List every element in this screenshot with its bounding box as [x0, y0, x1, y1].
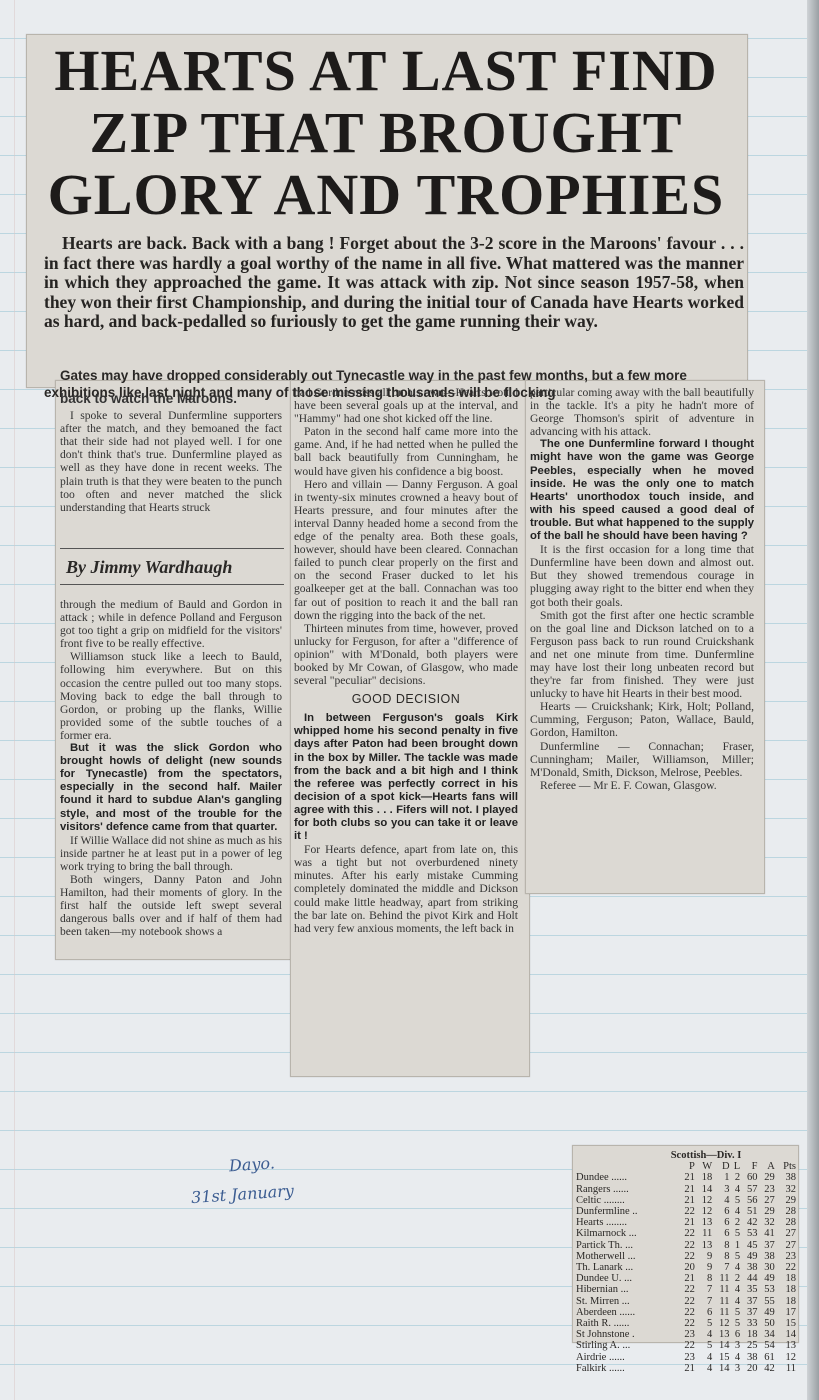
- stat-cell: 12: [695, 1195, 712, 1206]
- stat-cell: 14: [712, 1340, 729, 1351]
- stat-cell: 42: [740, 1217, 757, 1228]
- byline-box: By Jimmy Wardhaugh: [60, 548, 284, 585]
- league-table-header: PWDLFAPts: [576, 1161, 796, 1172]
- notebook-margin-line: [14, 0, 15, 1400]
- stat-cell: 22: [678, 1240, 695, 1251]
- stat-cell: 25: [740, 1340, 757, 1351]
- stat-cell: 11: [775, 1363, 796, 1374]
- team-name: Kilmarnock ...: [576, 1228, 678, 1239]
- paragraph: It is the first occasion for a long time…: [530, 543, 754, 608]
- stat-cell: 6: [695, 1307, 712, 1318]
- paragraph: If Willie Wallace did not shine as much …: [60, 834, 282, 873]
- stat-cell: 4: [730, 1296, 741, 1307]
- stat-cell: 51: [740, 1206, 757, 1217]
- stat-cell: 15: [775, 1318, 796, 1329]
- column-1-top: back to watch the Maroons. I spoke to se…: [60, 392, 282, 514]
- stat-cell: 9: [695, 1262, 712, 1273]
- table-row: Kilmarnock ...221165534127: [576, 1228, 796, 1239]
- stat-cell: 20: [678, 1262, 695, 1273]
- stat-cell: 38: [757, 1251, 774, 1262]
- column-1-lead: back to watch the Maroons.: [60, 392, 282, 405]
- column-2: bad Gordon miss all on his own—Hearts wo…: [294, 386, 518, 935]
- stat-cell: 21: [678, 1217, 695, 1228]
- stat-cell: 29: [757, 1206, 774, 1217]
- team-name: Partick Th. ...: [576, 1240, 678, 1251]
- stat-cell: 45: [740, 1240, 757, 1251]
- stat-cell: 23: [757, 1184, 774, 1195]
- stat-cell: 54: [757, 1340, 774, 1351]
- stat-cell: 56: [740, 1195, 757, 1206]
- stat-cell: 2: [730, 1217, 741, 1228]
- team-name: Celtic ........: [576, 1195, 678, 1206]
- team-name: Hearts ........: [576, 1217, 678, 1228]
- paragraph: But it was the slick Gordon who brought …: [60, 742, 282, 834]
- paragraph: In between Ferguson's goals Kirk whipped…: [294, 712, 518, 843]
- stat-cell: 4: [712, 1195, 729, 1206]
- stat-cell: 6: [730, 1329, 741, 1340]
- stat-cell: 22: [678, 1228, 695, 1239]
- stat-cell: 4: [730, 1352, 741, 1363]
- stat-cell: 23: [678, 1352, 695, 1363]
- table-row: Raith R. ......225125335015: [576, 1318, 796, 1329]
- stat-cell: 7: [695, 1284, 712, 1295]
- stat-cell: 14: [775, 1329, 796, 1340]
- stat-cell: 21: [678, 1184, 695, 1195]
- table-row: Stirling A. ...225143255413: [576, 1340, 796, 1351]
- stat-cell: 27: [757, 1195, 774, 1206]
- stat-cell: 15: [712, 1352, 729, 1363]
- table-row: Rangers ......211434572332: [576, 1184, 796, 1195]
- stat-cell: 13: [695, 1217, 712, 1228]
- stat-cell: 53: [740, 1228, 757, 1239]
- table-row: Motherwell ...22985493823: [576, 1251, 796, 1262]
- table-row: Dunfermline ..221264512928: [576, 1206, 796, 1217]
- paragraph: For Hearts defence, apart from late on, …: [294, 843, 518, 935]
- stat-cell: 37: [740, 1296, 757, 1307]
- league-table-body: Dundee ......211812602938Rangers ......2…: [576, 1172, 796, 1374]
- team-name: Falkirk ......: [576, 1363, 678, 1374]
- stat-cell: 37: [740, 1307, 757, 1318]
- stat-cell: 22: [678, 1318, 695, 1329]
- stat-cell: 28: [775, 1206, 796, 1217]
- subheading: GOOD DECISION: [294, 693, 518, 706]
- intro-paragraph: Hearts are back. Back with a bang ! Forg…: [44, 234, 744, 332]
- paragraph: The one Dunfermline forward I thought mi…: [530, 438, 754, 543]
- table-row: Hearts ........211362423228: [576, 1217, 796, 1228]
- stat-cell: 12: [775, 1352, 796, 1363]
- stat-cell: 5: [730, 1307, 741, 1318]
- paragraph: Both wingers, Danny Paton and John Hamil…: [60, 873, 282, 938]
- team-name: St Johnstone .: [576, 1329, 678, 1340]
- stat-cell: 27: [775, 1240, 796, 1251]
- team-name: Rangers ......: [576, 1184, 678, 1195]
- stat-cell: 4: [730, 1206, 741, 1217]
- stat-cell: 7: [695, 1296, 712, 1307]
- stat-cell: 18: [775, 1296, 796, 1307]
- stat-cell: 18: [775, 1273, 796, 1284]
- stat-cell: 18: [740, 1329, 757, 1340]
- stat-cell: 38: [775, 1172, 796, 1183]
- stat-cell: 3: [730, 1340, 741, 1351]
- stat-cell: 11: [712, 1307, 729, 1318]
- paragraph: Williamson stuck like a leech to Bauld, …: [60, 650, 282, 742]
- stat-cell: 50: [757, 1318, 774, 1329]
- stat-cell: 12: [712, 1318, 729, 1329]
- stat-cell: 53: [757, 1284, 774, 1295]
- league-table: Scottish—Div. I PWDLFAPts Dundee ......2…: [576, 1150, 796, 1374]
- stat-cell: 11: [712, 1273, 729, 1284]
- stat-cell: 22: [678, 1307, 695, 1318]
- paragraph: through the medium of Bauld and Gordon i…: [60, 598, 282, 650]
- stat-cell: 33: [740, 1318, 757, 1329]
- stat-cell: 3: [712, 1184, 729, 1195]
- column-header: P: [678, 1161, 695, 1172]
- stat-cell: 4: [695, 1363, 712, 1374]
- paragraph: Hero and villain — Danny Ferguson. A goa…: [294, 478, 518, 622]
- column-header: F: [740, 1161, 757, 1172]
- stat-cell: 49: [740, 1251, 757, 1262]
- stat-cell: 28: [775, 1217, 796, 1228]
- stat-cell: 37: [757, 1240, 774, 1251]
- stat-cell: 8: [695, 1273, 712, 1284]
- stat-cell: 49: [757, 1273, 774, 1284]
- stat-cell: 6: [712, 1228, 729, 1239]
- paragraph: Referee — Mr E. F. Cowan, Glasgow.: [530, 779, 754, 792]
- stat-cell: 55: [757, 1296, 774, 1307]
- stat-cell: 22: [678, 1251, 695, 1262]
- stat-cell: 11: [712, 1284, 729, 1295]
- stat-cell: 5: [730, 1195, 741, 1206]
- stat-cell: 2: [730, 1172, 741, 1183]
- table-row: Hibernian ...227114355318: [576, 1284, 796, 1295]
- column-header: W: [695, 1161, 712, 1172]
- team-name: Hibernian ...: [576, 1284, 678, 1295]
- stat-cell: 22: [678, 1296, 695, 1307]
- paragraph: Hearts — Cruickshank; Kirk, Holt; Pollan…: [530, 700, 754, 739]
- paragraph: particular coming away with the ball bea…: [530, 386, 754, 438]
- stat-cell: 22: [678, 1284, 695, 1295]
- handwritten-note: Dayo. 31st January: [188, 1151, 311, 1207]
- stat-cell: 32: [775, 1184, 796, 1195]
- stat-cell: 13: [712, 1329, 729, 1340]
- stat-cell: 12: [695, 1206, 712, 1217]
- stat-cell: 42: [757, 1363, 774, 1374]
- stat-cell: 29: [775, 1195, 796, 1206]
- stat-cell: 30: [757, 1262, 774, 1273]
- stat-cell: 34: [757, 1329, 774, 1340]
- stat-cell: 11: [695, 1228, 712, 1239]
- stat-cell: 5: [730, 1318, 741, 1329]
- column-2-top: bad Gordon miss all on his own—Hearts wo…: [294, 386, 518, 687]
- byline: By Jimmy Wardhaugh: [60, 557, 284, 578]
- column-header: A: [757, 1161, 774, 1172]
- stat-cell: 14: [695, 1184, 712, 1195]
- stat-cell: 6: [712, 1217, 729, 1228]
- stat-cell: 21: [678, 1172, 695, 1183]
- stat-cell: 6: [712, 1206, 729, 1217]
- stat-cell: 4: [695, 1329, 712, 1340]
- column-header: D: [712, 1161, 729, 1172]
- stat-cell: 14: [712, 1363, 729, 1374]
- stat-cell: 35: [740, 1284, 757, 1295]
- stat-cell: 60: [740, 1172, 757, 1183]
- notebook-page-edge: [807, 0, 819, 1400]
- team-name: Raith R. ......: [576, 1318, 678, 1329]
- team-name: Stirling A. ...: [576, 1340, 678, 1351]
- team-name: Dunfermline ..: [576, 1206, 678, 1217]
- stat-cell: 29: [757, 1172, 774, 1183]
- article-intro: Hearts are back. Back with a bang ! Forg…: [44, 234, 744, 332]
- stat-cell: 27: [775, 1228, 796, 1239]
- team-name: Aberdeen ......: [576, 1307, 678, 1318]
- paragraph: Paton in the second half came more into …: [294, 425, 518, 477]
- team-name: Th. Lanark ...: [576, 1262, 678, 1273]
- stat-cell: 38: [740, 1262, 757, 1273]
- stat-cell: 11: [712, 1296, 729, 1307]
- stat-cell: 13: [775, 1340, 796, 1351]
- stat-cell: 1: [730, 1240, 741, 1251]
- table-row: St. Mirren ...227114375518: [576, 1296, 796, 1307]
- table-row: Falkirk ......214143204211: [576, 1363, 796, 1374]
- paragraph: Dunfermline — Connachan; Fraser, Cunning…: [530, 740, 754, 779]
- stat-cell: 4: [695, 1352, 712, 1363]
- stat-cell: 61: [757, 1352, 774, 1363]
- stat-cell: 23: [775, 1251, 796, 1262]
- stat-cell: 32: [757, 1217, 774, 1228]
- league-table-title: Scottish—Div. I: [576, 1150, 796, 1161]
- table-row: Dundee U. ...218112444918: [576, 1273, 796, 1284]
- stat-cell: 3: [730, 1363, 741, 1374]
- stat-cell: 5: [730, 1251, 741, 1262]
- stat-cell: 22: [775, 1262, 796, 1273]
- paragraph: bad Gordon miss all on his own—Hearts wo…: [294, 386, 518, 425]
- team-name: St. Mirren ...: [576, 1296, 678, 1307]
- stat-cell: 9: [695, 1251, 712, 1262]
- stat-cell: 57: [740, 1184, 757, 1195]
- stat-cell: 18: [695, 1172, 712, 1183]
- paragraph: I spoke to several Dunfermline supporter…: [60, 409, 282, 514]
- stat-cell: 38: [740, 1352, 757, 1363]
- team-name: Dundee ......: [576, 1172, 678, 1183]
- stat-cell: 49: [757, 1307, 774, 1318]
- article-headline: HEARTS AT LAST FIND ZIP THAT BROUGHT GLO…: [36, 40, 736, 226]
- paragraph: Thirteen minutes from time, however, pro…: [294, 622, 518, 687]
- table-row: Aberdeen ......226115374917: [576, 1307, 796, 1318]
- stat-cell: 41: [757, 1228, 774, 1239]
- stat-cell: 4: [730, 1284, 741, 1295]
- stat-cell: 22: [678, 1340, 695, 1351]
- stat-cell: 7: [712, 1262, 729, 1273]
- table-row: Airdrie ......234154386112: [576, 1352, 796, 1363]
- table-row: Celtic ........211245562729: [576, 1195, 796, 1206]
- handwritten-note-line-1: Dayo.: [188, 1151, 309, 1178]
- column-header: Pts: [775, 1161, 796, 1172]
- stat-cell: 18: [775, 1284, 796, 1295]
- stat-cell: 2: [730, 1273, 741, 1284]
- column-header-team: [576, 1161, 678, 1172]
- stat-cell: 44: [740, 1273, 757, 1284]
- team-name: Motherwell ...: [576, 1251, 678, 1262]
- stat-cell: 17: [775, 1307, 796, 1318]
- stat-cell: 13: [695, 1240, 712, 1251]
- stat-cell: 21: [678, 1195, 695, 1206]
- stat-cell: 5: [730, 1228, 741, 1239]
- team-name: Dundee U. ...: [576, 1273, 678, 1284]
- column-header: L: [730, 1161, 741, 1172]
- column-3: particular coming away with the ball bea…: [530, 386, 754, 792]
- column-1-body: through the medium of Bauld and Gordon i…: [60, 598, 282, 938]
- stat-cell: 21: [678, 1363, 695, 1374]
- stat-cell: 22: [678, 1206, 695, 1217]
- table-row: Partick Th. ...221381453727: [576, 1240, 796, 1251]
- table-row: St Johnstone .234136183414: [576, 1329, 796, 1340]
- stat-cell: 20: [740, 1363, 757, 1374]
- paragraph: Smith got the first after one hectic scr…: [530, 609, 754, 701]
- stat-cell: 5: [695, 1340, 712, 1351]
- stat-cell: 8: [712, 1251, 729, 1262]
- stat-cell: 5: [695, 1318, 712, 1329]
- stat-cell: 23: [678, 1329, 695, 1340]
- table-row: Dundee ......211812602938: [576, 1172, 796, 1183]
- column-2-bottom: In between Ferguson's goals Kirk whipped…: [294, 712, 518, 935]
- table-row: Th. Lanark ...20974383022: [576, 1262, 796, 1273]
- stat-cell: 21: [678, 1273, 695, 1284]
- stat-cell: 1: [712, 1172, 729, 1183]
- team-name: Airdrie ......: [576, 1352, 678, 1363]
- handwritten-note-line-2: 31st January: [190, 1180, 311, 1207]
- stat-cell: 8: [712, 1240, 729, 1251]
- stat-cell: 4: [730, 1262, 741, 1273]
- stat-cell: 4: [730, 1184, 741, 1195]
